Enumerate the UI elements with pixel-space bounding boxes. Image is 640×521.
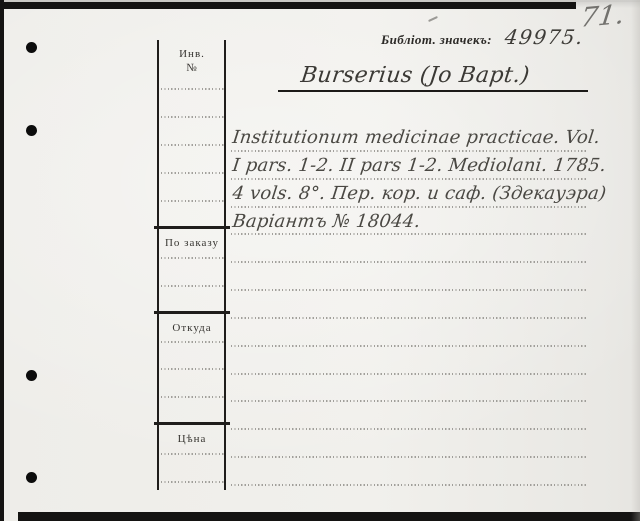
dotted-rule [231,178,588,180]
entry-line: Institutionum medicinae practicae. Vol. [231,126,601,150]
dotted-rule [231,317,588,319]
column-dotted-rule [161,257,224,259]
column-dotted-rule [161,368,224,370]
column-dotted-rule [161,200,224,202]
dotted-rule [231,206,588,208]
column-label-inventory-number: Инв. № [157,47,227,75]
entry-line: I pars. 1-2. II pars 1-2. Mediolani. 178… [231,154,607,178]
punch-hole [26,42,37,53]
punch-hole [26,125,37,136]
column-dotted-rule [161,116,224,118]
column-dotted-rule [161,396,224,398]
dotted-rule [231,289,588,291]
column-dotted-rule [161,453,224,455]
author-heading: Burserius (Jo Bapt.) [299,61,531,91]
pencil-stray-mark [428,16,438,22]
dotted-rule [231,428,588,430]
column-dotted-rule [161,172,224,174]
entry-line: 4 vols. 8°. Пер. кор. и саф. (Здекауэра) [231,182,608,206]
dotted-rule [231,400,588,402]
column-section-divider [154,422,230,425]
author-heading-underline [278,90,588,92]
column-section-divider [154,226,230,229]
punch-hole [26,370,37,381]
scan-border-left [0,0,4,521]
entry-line: Варіантъ № 18044. [231,210,422,234]
column-dotted-rule [161,88,224,90]
column-label-line: Инв. [157,47,227,61]
dotted-rule [231,456,588,458]
library-mark-number: 49975. [503,25,585,49]
dotted-rule [231,150,588,152]
column-dotted-rule [161,144,224,146]
column-label-by-order: По заказу [157,236,227,250]
scan-border-bottom [18,512,640,521]
dotted-rule [231,261,588,263]
column-label-line: № [157,61,227,75]
column-label-price: Цѣна [157,432,227,446]
punch-hole [26,472,37,483]
catalog-card-scan: 71. Библіот. значекъ: 49975. Burserius (… [0,0,640,521]
column-label-origin: Откуда [157,321,227,335]
dotted-rule [231,373,588,375]
dotted-rule [231,345,588,347]
library-mark-label: Библіот. значекъ: [381,32,492,48]
dotted-rule [231,484,588,486]
page-number: 71. [579,0,626,34]
column-dotted-rule [161,341,224,343]
dotted-rule [231,233,588,235]
column-section-divider [154,311,230,314]
paper-edge-shadow [631,0,640,521]
column-dotted-rule [161,481,224,483]
column-dotted-rule [161,285,224,287]
scan-border-top [0,2,576,9]
